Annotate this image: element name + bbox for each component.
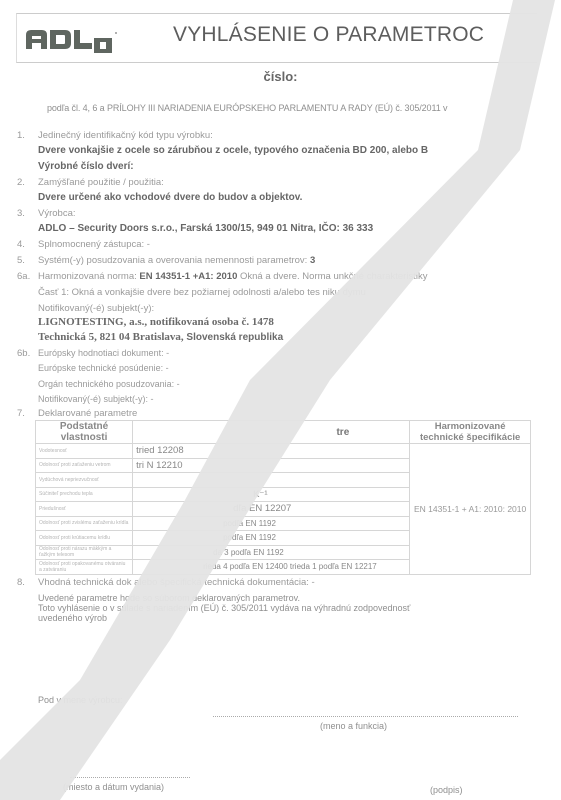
closing-line-3: uvedeného výrob	[38, 613, 107, 623]
tab-line: Orgán technického posudzovania: -	[38, 379, 180, 389]
notified-body-label: Notifikovaný(-é) subjekt(-y):	[38, 303, 154, 314]
performance-cell: K⁻¹	[133, 487, 410, 502]
document-number-label: číslo:	[0, 69, 561, 84]
closing-line-1: Uvedené parametre hode so súborom deklar…	[38, 593, 300, 603]
adlo-logo	[24, 27, 139, 53]
section-6a-number: 6a.	[17, 271, 30, 282]
property-cell: Odolnosť proti krútiacemu krídlu	[36, 531, 133, 546]
signature-caption: (podpis)	[430, 785, 463, 795]
property-cell: Odolnosť proti zaťaženiu vetrom	[36, 458, 133, 473]
header-essential-characteristics: Podstatné vlastnosti	[36, 421, 133, 444]
property-cell: Odolnosť proti opakovanému otváraniu a z…	[36, 560, 133, 575]
performance-cell	[133, 473, 410, 488]
section-5-number: 5.	[17, 255, 25, 266]
place-date-caption: (miesto a dátum vydania)	[63, 782, 164, 792]
header-performance: tre	[133, 421, 410, 444]
performance-cell: rieda 4 podľa EN 12400 trieda 1 podľa EN…	[133, 560, 410, 575]
norm-part-text: Časť 1: Okná a vonkajšie dvere bez požia…	[38, 287, 366, 298]
intro-text: podľa čl. 4, 6 a PRÍLOHY III NARIADENIA …	[47, 103, 447, 113]
property-cell: Odolnosť proti nárazu mäkkým a ťažkým te…	[36, 545, 133, 560]
performance-cell: podľa EN 1192	[133, 516, 410, 531]
performance-cell: tried 12208	[133, 444, 410, 459]
serial-number-label: Výrobné číslo dverí:	[38, 161, 134, 172]
name-function-caption: (meno a funkcia)	[320, 721, 387, 731]
performance-cell: dľa EN 12207	[133, 502, 410, 517]
notified-body-country: Slovenská republika	[186, 332, 283, 343]
performance-cell: tri N 12210	[133, 458, 410, 473]
section-3-label: Výrobca:	[38, 208, 76, 219]
notified-body-name: LIGNOTESTING, a.s., notifikovaná osoba č…	[38, 316, 274, 328]
performance-cell: da 3 podľa EN 1192	[133, 545, 410, 560]
property-cell: Súčiniteľ prechodu tepla	[36, 487, 133, 502]
section-7-label: Deklarované parametre	[38, 408, 137, 419]
section-3-number: 3.	[17, 208, 25, 219]
avcp-system-value: 3	[310, 255, 315, 266]
declared-performance-table: Podstatné vlastnosti tre Harmonizované t…	[35, 420, 531, 575]
section-4-label: Splnomocnený zástupca: -	[38, 239, 150, 250]
section-6b-number: 6b.	[17, 348, 30, 359]
section-1-label: Jedinečný identifikačný kód typu výrobku…	[38, 130, 213, 141]
intended-use-value: Dvere určené ako vchodové dvere do budov…	[38, 192, 302, 203]
property-cell: Priedušnosť	[36, 502, 133, 517]
ead-line: Európsky hodnotiaci dokument: -	[38, 348, 169, 358]
product-type-value: Dvere vonkajšie z ocele so zárubňou z oc…	[38, 145, 428, 156]
header-harmonized-specs: Harmonizované technické špecifikácie	[410, 421, 531, 444]
section-2-number: 2.	[17, 177, 25, 188]
eta-line: Európske technické posúdenie: -	[38, 363, 169, 373]
section-4-number: 4.	[17, 239, 25, 250]
property-cell: Vydúchová nepriezvučnosť	[36, 473, 133, 488]
harmonized-norm-label: Harmonizovaná norma:	[38, 271, 137, 282]
performance-cell: podľa EN 1192	[133, 531, 410, 546]
section-1-number: 1.	[17, 130, 25, 141]
signed-on-behalf-label: Pod v mene výrobcu:	[38, 695, 123, 705]
harmonized-norm-value: EN 14351-1 +A1: 2010	[139, 271, 237, 282]
section-8-number: 8.	[17, 577, 25, 588]
place-date-line[interactable]	[70, 777, 190, 778]
spec-cell: EN 14351-1 + A1: 2010: 2010	[410, 444, 531, 575]
manufacturer-value: ADLO – Security Doors s.r.o., Farská 130…	[38, 223, 373, 234]
notified-body-street: Technická 5, 821 04 Bratislava,	[38, 331, 184, 343]
section-6a-label: Harmonizovaná norma: EN 14351-1 +A1: 201…	[38, 271, 427, 282]
closing-line-2: Toto vyhlásenie o v súlade s nariadením …	[38, 603, 410, 613]
section-5-text: Systém(-y) posudzovania a overovania nem…	[38, 255, 307, 266]
harmonized-norm-title: Okná a dvere. Norma unkčné charakteristi…	[240, 271, 427, 282]
section-8-label: Vhodná technická dok alebo špecifická te…	[38, 577, 315, 588]
table-row: Vodotesnosť tried 12208 EN 14351-1 + A1:…	[36, 444, 531, 459]
notified-body-address: Technická 5, 821 04 Bratislava, Slovensk…	[38, 331, 283, 343]
section-5-label: Systém(-y) posudzovania a overovania nem…	[38, 255, 315, 266]
document-title: VYHLÁSENIE O PARAMETROC	[173, 23, 484, 47]
property-cell: Odolnosť proti zvislému zaťaženiu krídla	[36, 516, 133, 531]
section-7-number: 7.	[17, 408, 25, 419]
name-function-line[interactable]	[213, 716, 518, 717]
notified-body-6b-line: Notifikovaný(-é) subjekt(-y): -	[38, 394, 154, 404]
section-2-label: Zamýšľané použitie / použitia:	[38, 177, 164, 188]
property-cell: Vodotesnosť	[36, 444, 133, 459]
